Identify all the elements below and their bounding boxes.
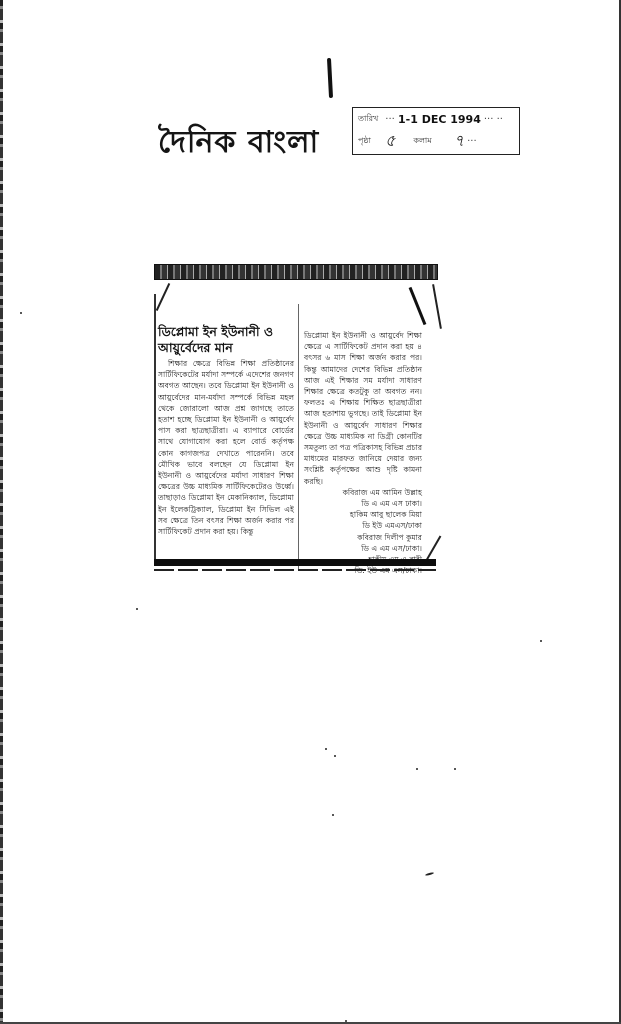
stamp-dots: ··· ·· [484, 114, 503, 125]
scan-speck [20, 312, 22, 314]
stamp-date-value: 1-1 DEC 1994 [398, 113, 481, 126]
scan-speck [334, 755, 336, 757]
clipping-top-border [154, 264, 438, 280]
clipping-bottom-rule [154, 569, 436, 571]
clipping-left-rule [154, 294, 156, 564]
pen-stroke [156, 283, 170, 311]
left-column-text: শিক্ষার ক্ষেত্রে বিভিন্ন শিক্ষা প্রতিষ্ঠ… [158, 358, 294, 537]
scan-speck [454, 768, 456, 770]
stamp-date-label: তারিখ [358, 113, 378, 126]
signatory-line: ডি ইউ এমএস/ঢাকা [304, 520, 422, 531]
stamp-page-label: পৃষ্ঠা [358, 135, 371, 148]
stamp-dots: ··· [385, 114, 395, 125]
stamp-page-row: পৃষ্ঠা ৫ কলাম ৭ ··· [353, 130, 519, 152]
scan-speck [540, 640, 542, 642]
pen-stroke [409, 287, 427, 325]
scan-speck [332, 814, 334, 816]
signatory-line: হাকিম আবু ছালেক মিয়া [304, 509, 422, 520]
clipping-bottom-border [154, 559, 436, 566]
clipping-stamp: তারিখ ··· 1-1 DEC 1994 ··· ·· পৃষ্ঠা ৫ ক… [352, 107, 520, 155]
signatory-line: কবিরাজ দিলীপ কুমার [304, 532, 422, 543]
column-divider [298, 304, 299, 569]
scan-speck [416, 768, 418, 770]
pen-mark [327, 58, 333, 98]
signatory-line: ডি এ এম এস/ঢাকা। [304, 543, 422, 554]
article-left-column: ডিপ্লোমা ইন ইউনানী ও আয়ুর্বেদের মান শিক… [158, 324, 294, 537]
scan-edge-left [0, 0, 3, 1024]
stamp-date-row: তারিখ ··· 1-1 DEC 1994 ··· ·· [353, 108, 519, 130]
article-headline: ডিপ্লোমা ইন ইউনানী ও আয়ুর্বেদের মান [158, 324, 294, 356]
headline-line-2: আয়ুর্বেদের মান [158, 340, 294, 356]
newspaper-masthead: দৈনিক বাংলা [158, 118, 319, 169]
signatory-line: কবিরাজ এম আমিন উল্লাহ [304, 487, 422, 498]
scan-speck [425, 872, 434, 876]
right-column-text: ডিপ্লোমা ইন ইউনানী ও আয়ুর্বেদ শিক্ষা ক্… [304, 330, 422, 487]
article-right-column: ডিপ্লোমা ইন ইউনানী ও আয়ুর্বেদ শিক্ষা ক্… [304, 330, 422, 576]
article-clipping: ডিপ্লোমা ইন ইউনানী ও আয়ুর্বেদের মান শিক… [154, 264, 449, 572]
signatory-line: ডি এ এম এস ঢাকা। [304, 498, 422, 509]
stamp-page-value: ৫ [385, 128, 395, 155]
scan-speck [325, 748, 327, 750]
stamp-column-value: ৭ [454, 128, 464, 155]
headline-line-1: ডিপ্লোমা ইন ইউনানী ও [158, 324, 294, 340]
stamp-dots: ··· [467, 136, 477, 147]
stamp-column-label: কলাম [413, 135, 431, 148]
scan-speck [345, 1020, 347, 1022]
scan-speck [136, 608, 138, 610]
pen-stroke [432, 284, 442, 329]
